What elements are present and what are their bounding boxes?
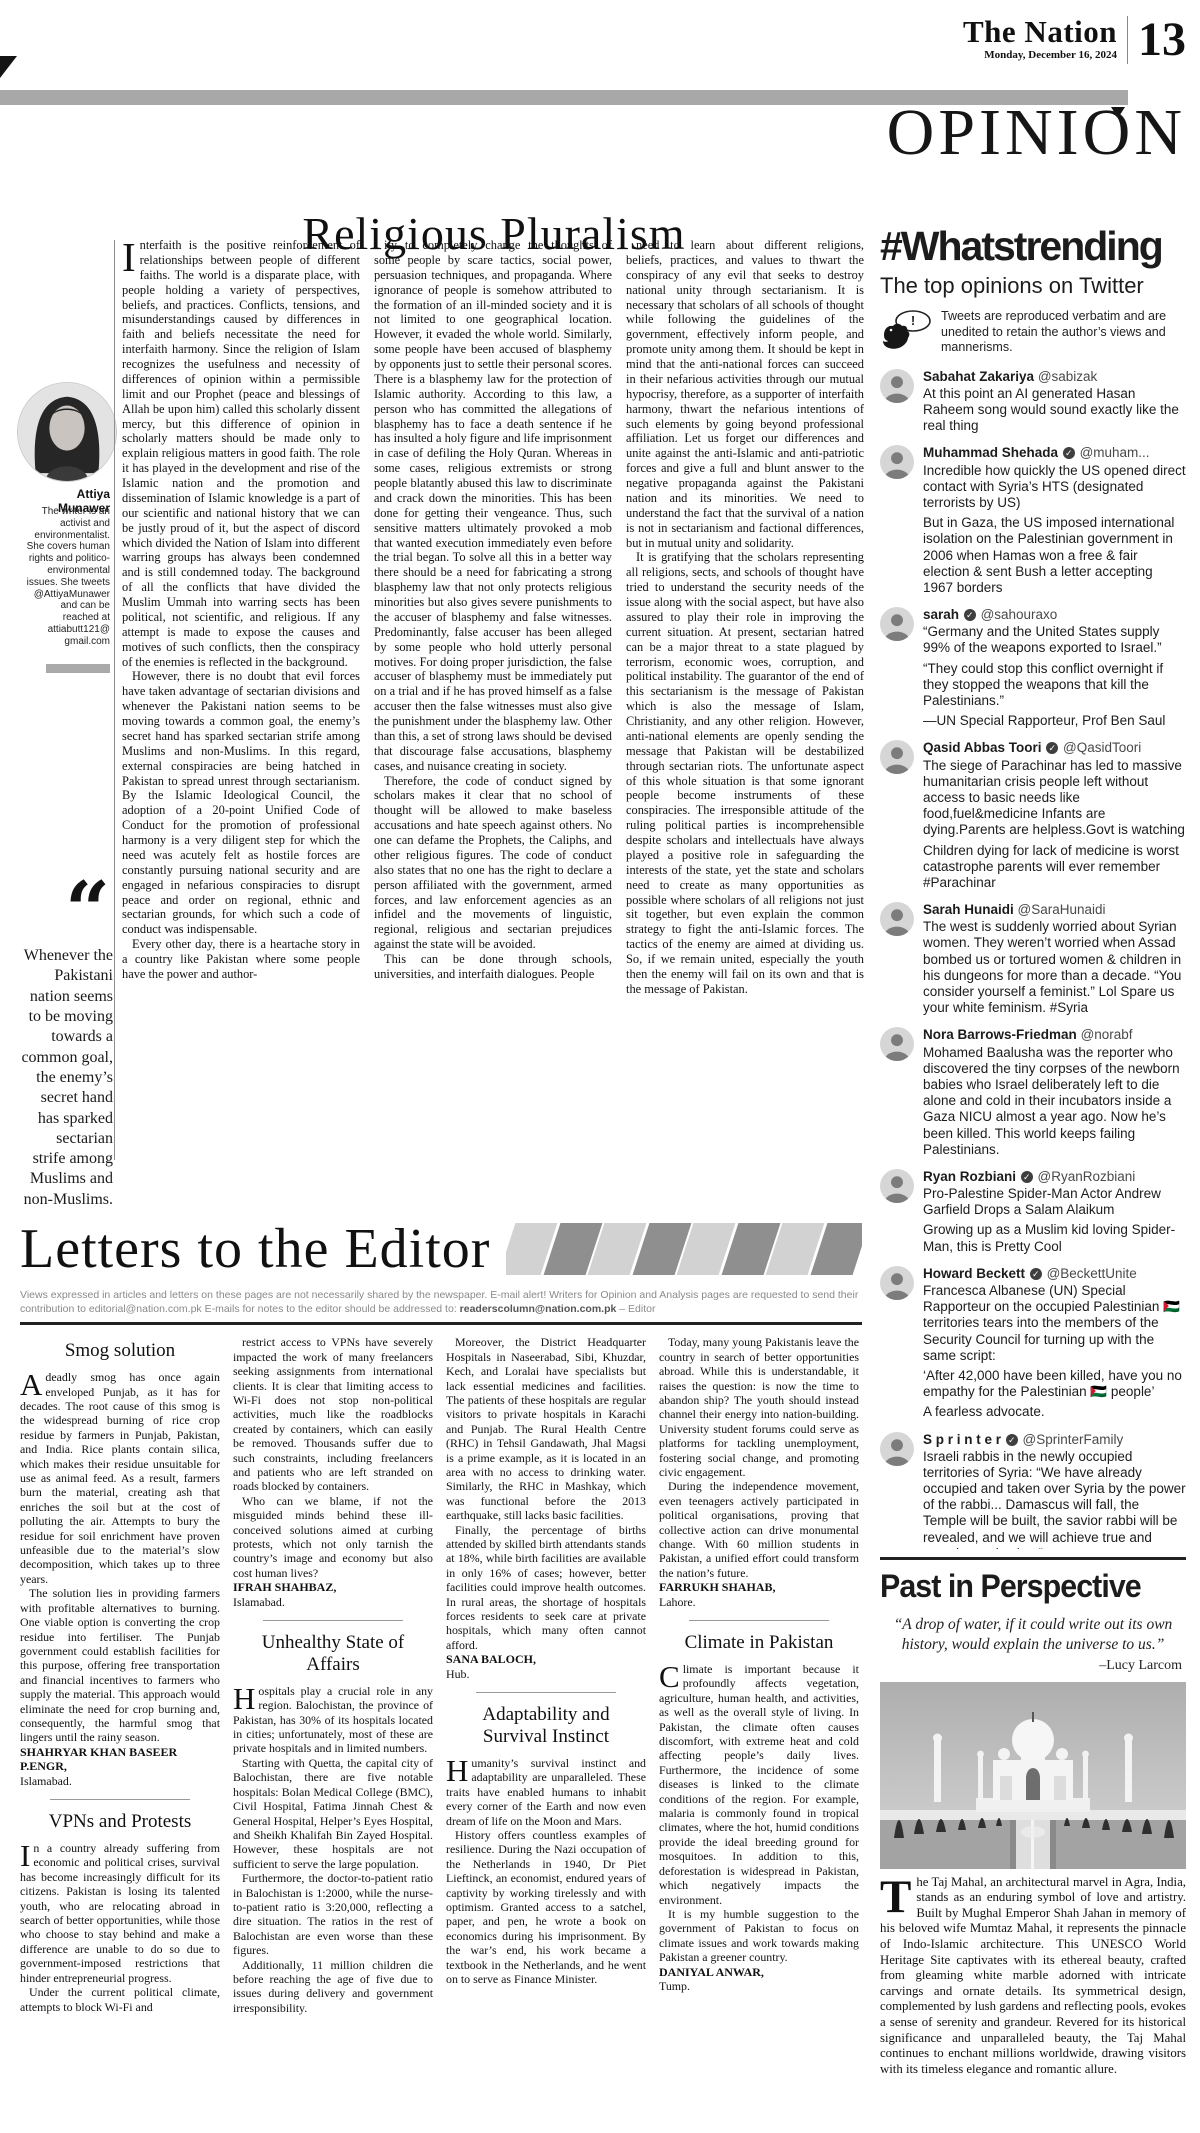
article-column: need to learn about different religions,… xyxy=(626,238,864,1164)
article-paragraph: need to learn about different religions,… xyxy=(626,238,864,550)
article-column: Interfaith is the positive reinforcement… xyxy=(122,238,360,1164)
tweet-text: Children dying for lack of medicine is w… xyxy=(923,843,1186,892)
letters-divider xyxy=(20,1322,862,1325)
author-bio: The writer is an activist and environmen… xyxy=(25,506,110,648)
past-in-perspective-title: Past in Perspective xyxy=(880,1570,1171,1604)
letters-title: Letters to the Editor xyxy=(20,1221,490,1277)
letter-column: restrict access to VPNs have severely im… xyxy=(233,1335,433,2105)
tweet-body: Qasid Abbas Toori ✓ @QasidTooriThe siege… xyxy=(923,740,1186,895)
tweet-text: At this point an AI generated Hasan Rahe… xyxy=(923,386,1186,435)
masthead-left: The Nation Monday, December 16, 2024 xyxy=(963,16,1117,64)
tweet-handle: @SaraHunaidi xyxy=(1018,902,1106,917)
tweet-header: Muhammad Shehada ✓ @muham... xyxy=(923,445,1186,461)
letter-column: Today, many young Pakistanis leave the c… xyxy=(659,1335,859,2105)
tweet-body: Ryan Rozbiani ✓ @RyanRozbianiPro-Palesti… xyxy=(923,1169,1186,1259)
letter-paragraph: It is my humble suggestion to the govern… xyxy=(659,1907,859,1965)
tweet-handle: @muham... xyxy=(1080,445,1150,460)
letter-column: Smog solutionA deadly smog has once agai… xyxy=(20,1335,220,2105)
tweet-header: Sarah Hunaidi @SaraHunaidi xyxy=(923,902,1186,918)
tweet-list: Sabahat Zakariya @sabizakAt this point a… xyxy=(880,369,1186,1549)
article-body: Interfaith is the positive reinforcement… xyxy=(122,238,866,1164)
tweet-text: But in Gaza, the US imposed internationa… xyxy=(923,515,1186,596)
signature-place: Tump. xyxy=(659,1979,859,1993)
verified-badge-icon: ✓ xyxy=(1063,447,1075,459)
drop-cap: I xyxy=(20,1841,33,1868)
signature-place: Lahore. xyxy=(659,1595,859,1609)
page-number: 13 xyxy=(1138,16,1186,64)
letters-disclaimer: Views expressed in articles and letters … xyxy=(20,1288,862,1316)
drop-cap: A xyxy=(20,1370,45,1397)
tweet-text: Incredible how quickly the US opened dir… xyxy=(923,463,1186,512)
twitter-bird-icon: ! xyxy=(880,309,932,358)
whatstrending-subtitle: The top opinions on Twitter xyxy=(880,273,1186,299)
avatar xyxy=(880,1266,914,1300)
drop-cap: H xyxy=(446,1756,471,1783)
verified-badge-icon: ✓ xyxy=(1021,1171,1033,1183)
tweet-text: Growing up as a Muslim kid loving Spider… xyxy=(923,1222,1186,1254)
letter-paragraph: Finally, the percentage of births attend… xyxy=(446,1523,646,1653)
whatstrending-title: #Whatstrending xyxy=(880,226,1186,267)
tweet-author-name: sarah xyxy=(923,607,959,622)
newspaper-opinion-page: The Nation Monday, December 16, 2024 13 … xyxy=(0,0,1200,2133)
column-rule xyxy=(114,240,115,1160)
tweet-text: Pro-Palestine Spider-Man Actor Andrew Ga… xyxy=(923,1186,1186,1218)
avatar xyxy=(880,902,914,936)
letter-paragraph: The solution lies in providing farmers w… xyxy=(20,1586,220,1744)
corner-fold-icon xyxy=(0,56,17,78)
letter-paragraph: restrict access to VPNs have severely im… xyxy=(233,1335,433,1493)
tweet-header: Qasid Abbas Toori ✓ @QasidToori xyxy=(923,740,1186,756)
signature-name: IFRAH SHAHBAZ, xyxy=(233,1580,336,1594)
article-paragraph: This can be done through schools, univer… xyxy=(374,952,612,982)
letter-divider xyxy=(476,1692,616,1693)
tweet: S p r i n t e r ✓ @SprinterFamilyIsraeli… xyxy=(880,1432,1186,1549)
signature-place: Hub. xyxy=(446,1667,646,1681)
tweet-body: Muhammad Shehada ✓ @muham...Incredible h… xyxy=(923,445,1186,600)
signature-name: SHAHRYAR KHAN BASEER P.ENGR, xyxy=(20,1745,177,1774)
letters-disclaimer-text: Views expressed in articles and letters … xyxy=(20,1289,858,1315)
issue-date: Monday, December 16, 2024 xyxy=(963,49,1117,61)
article-paragraph: It is gratifying that the scholars repre… xyxy=(626,550,864,996)
tweet-text: “Germany and the United States supply 99… xyxy=(923,624,1186,656)
tweet-header: Ryan Rozbiani ✓ @RyanRozbiani xyxy=(923,1169,1186,1185)
tweet-handle: @norabf xyxy=(1081,1027,1133,1042)
tweet-author-name: Howard Beckett xyxy=(923,1266,1025,1281)
avatar xyxy=(880,740,914,774)
tweet-header: S p r i n t e r ✓ @SprinterFamily xyxy=(923,1432,1186,1448)
tweet: Qasid Abbas Toori ✓ @QasidTooriThe siege… xyxy=(880,740,1186,895)
letters-columns: Smog solutionA deadly smog has once agai… xyxy=(20,1335,862,2105)
tweet-header: Howard Beckett ✓ @BeckettUnite xyxy=(923,1266,1186,1282)
letter-heading: VPNs and Protests xyxy=(26,1811,214,1833)
article-paragraph: Therefore, the code of conduct signed by… xyxy=(374,774,612,953)
tweet-header: Sabahat Zakariya @sabizak xyxy=(923,369,1186,385)
drop-cap: I xyxy=(122,238,140,274)
tweet-author-name: S p r i n t e r xyxy=(923,1432,1001,1447)
tweet-handle: @QasidToori xyxy=(1063,740,1141,755)
tweet-text: Francesca Albanese (UN) Special Rapporte… xyxy=(923,1283,1186,1364)
tweet: Howard Beckett ✓ @BeckettUniteFrancesca … xyxy=(880,1266,1186,1425)
tweet-text: —UN Special Rapporteur, Prof Ben Saul xyxy=(923,713,1186,729)
tweet-text: A fearless advocate. xyxy=(923,1404,1186,1420)
letter-paragraph: Starting with Quetta, the capital city o… xyxy=(233,1756,433,1871)
verified-badge-icon: ✓ xyxy=(1046,742,1058,754)
verified-badge-icon: ✓ xyxy=(1030,1268,1042,1280)
letter-heading: Unhealthy State of Affairs xyxy=(239,1632,427,1676)
letters-section: Letters to the Editor Views expressed in… xyxy=(20,1218,862,2105)
tweet: Muhammad Shehada ✓ @muham...Incredible h… xyxy=(880,445,1186,600)
letter-paragraph: Today, many young Pakistanis leave the c… xyxy=(659,1335,859,1479)
tweet-text: ‘After 42,000 have been killed, have you… xyxy=(923,1368,1186,1400)
avatar xyxy=(880,1027,914,1061)
letter-column: Moreover, the District Headquarter Hospi… xyxy=(446,1335,646,2105)
author-rail: Attiya Munawer The writer is an activist… xyxy=(25,240,110,1165)
letter-paragraph: Moreover, the District Headquarter Hospi… xyxy=(446,1335,646,1522)
signature-name: DANIYAL ANWAR, xyxy=(659,1965,764,1979)
tweet: Sarah Hunaidi @SaraHunaidiThe west is su… xyxy=(880,902,1186,1020)
tweet-body: Nora Barrows-Friedman @norabfMohamed Baa… xyxy=(923,1027,1186,1162)
drop-cap: C xyxy=(659,1662,683,1689)
drop-cap: T xyxy=(880,1875,916,1916)
article-paragraph: Interfaith is the positive reinforcement… xyxy=(122,238,360,669)
tweet-text: Mohamed Baalusha was the reporter who di… xyxy=(923,1045,1186,1158)
tweet-body: S p r i n t e r ✓ @SprinterFamilyIsraeli… xyxy=(923,1432,1186,1549)
letter-signature: DANIYAL ANWAR,Tump. xyxy=(659,1965,859,1994)
letter-paragraph: Climate is important because it profound… xyxy=(659,1662,859,1907)
taj-mahal-image xyxy=(880,1682,1186,1869)
author-photo xyxy=(17,382,117,482)
avatar xyxy=(880,1169,914,1203)
tweet-author-name: Muhammad Shehada xyxy=(923,445,1058,460)
tweet: Ryan Rozbiani ✓ @RyanRozbianiPro-Palesti… xyxy=(880,1169,1186,1259)
pull-quote: Whenever the Pakistani nation seems to b… xyxy=(21,946,113,1210)
letter-divider xyxy=(689,1620,829,1621)
tweet-body: Sarah Hunaidi @SaraHunaidiThe west is su… xyxy=(923,902,1186,1020)
tweet-body: sarah ✓ @sahouraxo“Germany and the Unite… xyxy=(923,607,1186,733)
tweets-disclaimer-text: Tweets are reproduced verbatim and are u… xyxy=(941,309,1186,356)
signature-place: Islamabad. xyxy=(233,1595,433,1609)
perspective-paragraph: The Taj Mahal, an architectural marvel i… xyxy=(880,1875,1186,2078)
avatar xyxy=(880,1432,914,1466)
tweet-text: The siege of Parachinar has led to massi… xyxy=(923,758,1186,839)
tweet: Nora Barrows-Friedman @norabfMohamed Baa… xyxy=(880,1027,1186,1162)
section-title: OPINION xyxy=(887,100,1186,166)
tweet-handle: @RyanRozbiani xyxy=(1038,1169,1136,1184)
letter-paragraph: Additionally, 11 million children die be… xyxy=(233,1958,433,2016)
tweet-handle: @sabizak xyxy=(1038,369,1097,384)
svg-text:!: ! xyxy=(911,313,915,328)
perspective-quote: “A drop of water, if it could write out … xyxy=(884,1615,1182,1655)
letters-header: Letters to the Editor xyxy=(20,1218,862,1280)
paper-name: The Nation xyxy=(963,16,1117,49)
tweets-disclaimer: ! Tweets are reproduced verbatim and are… xyxy=(880,309,1186,358)
tweet-author-name: Sarah Hunaidi xyxy=(923,902,1014,917)
letter-signature: SHAHRYAR KHAN BASEER P.ENGR,Islamabad. xyxy=(20,1745,220,1788)
tweet-author-name: Sabahat Zakariya xyxy=(923,369,1034,384)
letter-heading: Climate in Pakistan xyxy=(665,1632,853,1654)
letter-signature: IFRAH SHAHBAZ,Islamabad. xyxy=(233,1580,433,1609)
article-column: ity to completely change the thoughts of… xyxy=(374,238,612,1164)
tweet-handle: @SprinterFamily xyxy=(1023,1432,1124,1447)
tweet-text: Israeli rabbis in the newly occupied ter… xyxy=(923,1449,1186,1549)
tweet-author-name: Qasid Abbas Toori xyxy=(923,740,1042,755)
signature-place: Islamabad. xyxy=(20,1774,220,1788)
letter-paragraph: A deadly smog has once again enveloped P… xyxy=(20,1370,220,1586)
letter-paragraph: Furthermore, the doctor-to-patient ratio… xyxy=(233,1871,433,1957)
letters-disclaimer-text: – Editor xyxy=(616,1303,655,1315)
article-paragraph: ity to completely change the thoughts of… xyxy=(374,238,612,774)
tweet-handle: @BeckettUnite xyxy=(1047,1266,1137,1281)
pull-quote-icon: “ xyxy=(65,876,110,946)
perspective-quote-attribution: –Lucy Larcom xyxy=(880,1658,1182,1674)
tweet-body: Howard Beckett ✓ @BeckettUniteFrancesca … xyxy=(923,1266,1186,1425)
author-rail-bar xyxy=(46,664,110,673)
letter-signature: SANA BALOCH,Hub. xyxy=(446,1652,646,1681)
article-paragraph: However, there is no doubt that evil for… xyxy=(122,669,360,937)
drop-cap: H xyxy=(233,1684,258,1711)
tweet-author-name: Nora Barrows-Friedman xyxy=(923,1027,1077,1042)
letter-paragraph: Under the current political climate, att… xyxy=(20,1985,220,2014)
tweet: sarah ✓ @sahouraxo“Germany and the Unite… xyxy=(880,607,1186,733)
perspective-body: The Taj Mahal, an architectural marvel i… xyxy=(880,1875,1186,2078)
letter-divider xyxy=(50,1799,190,1800)
tweet-text: “They could stop this conflict overnight… xyxy=(923,661,1186,710)
sidebar: #Whatstrending The top opinions on Twitt… xyxy=(880,226,1186,2077)
avatar xyxy=(880,445,914,479)
tweet-author-name: Ryan Rozbiani xyxy=(923,1169,1016,1184)
letter-paragraph: History offers countless examples of res… xyxy=(446,1828,646,1986)
signature-name: FARRUKH SHAHAB, xyxy=(659,1580,775,1594)
tweet-text: The west is suddenly worried about Syria… xyxy=(923,919,1186,1016)
letter-heading: Adaptability and Survival Instinct xyxy=(452,1704,640,1748)
letters-stripes xyxy=(506,1223,862,1275)
verified-badge-icon: ✓ xyxy=(964,609,976,621)
letters-email: readerscolumn@nation.com.pk xyxy=(460,1303,617,1315)
letter-signature: FARRUKH SHAHAB,Lahore. xyxy=(659,1580,859,1609)
signature-name: SANA BALOCH, xyxy=(446,1652,536,1666)
letter-heading: Smog solution xyxy=(26,1340,214,1362)
letter-paragraph: In a country already suffering from econ… xyxy=(20,1841,220,1985)
author-portrait-image xyxy=(18,383,116,481)
tweet-body: Sabahat Zakariya @sabizakAt this point a… xyxy=(923,369,1186,439)
letter-paragraph: Hospitals play a crucial role in any reg… xyxy=(233,1684,433,1756)
avatar xyxy=(880,607,914,641)
tweet-handle: @sahouraxo xyxy=(981,607,1058,622)
tweet-header: sarah ✓ @sahouraxo xyxy=(923,607,1186,623)
article-paragraph: Every other day, there is a heartache st… xyxy=(122,937,360,982)
letter-paragraph: During the independence movement, even t… xyxy=(659,1479,859,1580)
sidebar-divider xyxy=(880,1557,1186,1560)
letter-divider xyxy=(263,1620,403,1621)
tweet-header: Nora Barrows-Friedman @norabf xyxy=(923,1027,1186,1043)
masthead-divider xyxy=(1127,16,1128,64)
letter-paragraph: Humanity’s survival instinct and adaptab… xyxy=(446,1756,646,1828)
tweet: Sabahat Zakariya @sabizakAt this point a… xyxy=(880,369,1186,439)
letter-paragraph: Who can we blame, if not the misguided m… xyxy=(233,1494,433,1580)
avatar xyxy=(880,369,914,403)
verified-badge-icon: ✓ xyxy=(1006,1434,1018,1446)
masthead: The Nation Monday, December 16, 2024 13 xyxy=(963,16,1186,64)
